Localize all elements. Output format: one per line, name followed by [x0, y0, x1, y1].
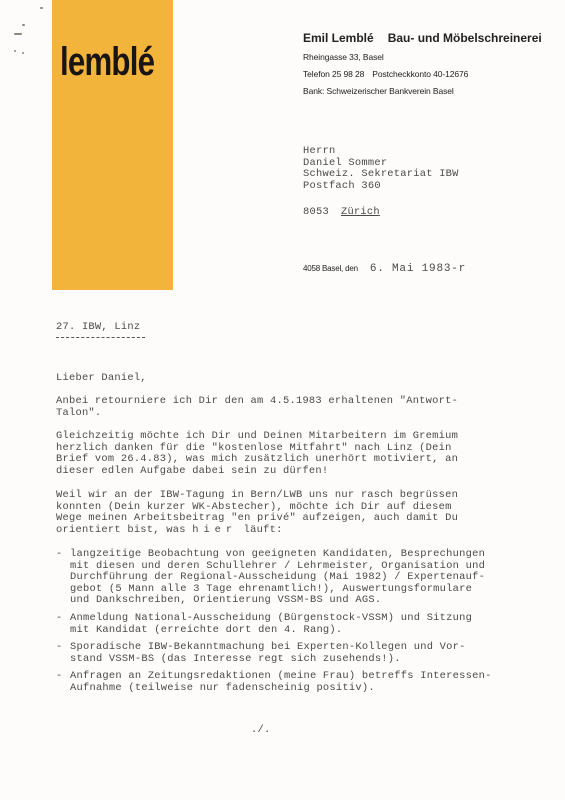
- company-bank: Bank: Schweizerischer Bankverein Basel: [303, 86, 542, 96]
- subject-underline: [56, 337, 145, 338]
- company-address: Rheingasse 33, Basel: [303, 52, 542, 62]
- activity-list: langzeitige Beobachtung von geeigneten K…: [56, 549, 536, 701]
- company-postcheck: Postcheckkonto 40-12676: [372, 69, 468, 79]
- recipient-city-line: 8053Zürich: [303, 206, 380, 218]
- list-item: langzeitige Beobachtung von geeigneten K…: [56, 549, 536, 607]
- company-logo: lemblé: [60, 40, 154, 85]
- list-item: Sporadische IBW-Bekanntmachung bei Exper…: [56, 642, 536, 665]
- subject-line: 27. IBW, Linz: [56, 321, 140, 333]
- speck: [22, 52, 24, 54]
- paragraph-3-emphasis: hier: [192, 524, 237, 536]
- company-trade: Bau- und Möbelschreinerei: [388, 31, 542, 45]
- continued-mark: ./.: [251, 724, 270, 736]
- recipient-line: Herrn: [303, 146, 459, 158]
- salutation: Lieber Daniel,: [56, 373, 526, 385]
- paragraph-1: Anbei retourniere ich Dir den am 4.5.198…: [56, 396, 526, 419]
- speck: [40, 7, 43, 9]
- paragraph-3-tail: läuft:: [237, 524, 282, 536]
- letterhead: Emil LembléBau- und Möbelschreinerei Rhe…: [303, 31, 542, 96]
- list-item: Anfragen an Zeitungsredaktionen (meine F…: [56, 671, 536, 694]
- speck: [14, 50, 16, 52]
- speck: [22, 24, 25, 26]
- recipient-postcode: 8053: [303, 206, 329, 218]
- list-item: Anmeldung National-Ausscheidung (Bürgens…: [56, 613, 536, 636]
- paper-specks: [8, 6, 48, 56]
- dateline: 4058 Basel, den6. Mai 1983-r: [303, 258, 466, 276]
- date-label: 4058 Basel, den: [303, 264, 358, 273]
- company-phone: Telefon 25 98 28: [303, 69, 364, 79]
- recipient-line: Postfach 360: [303, 181, 459, 193]
- speck: [14, 33, 22, 35]
- recipient-city: Zürich: [341, 206, 380, 218]
- company-name: Emil Lemblé: [303, 31, 374, 45]
- letter-date: 6. Mai 1983-r: [370, 263, 466, 275]
- paragraph-2: Gleichzeitig möchte ich Dir und Deinen M…: [56, 431, 526, 477]
- recipient-address: Herrn Daniel Sommer Schweiz. Sekretariat…: [303, 146, 459, 192]
- paragraph-3: Weil wir an der IBW-Tagung in Bern/LWB u…: [56, 490, 526, 536]
- company-contact: Telefon 25 98 28Postcheckkonto 40-12676: [303, 69, 542, 79]
- letterhead-title: Emil LembléBau- und Möbelschreinerei: [303, 31, 542, 45]
